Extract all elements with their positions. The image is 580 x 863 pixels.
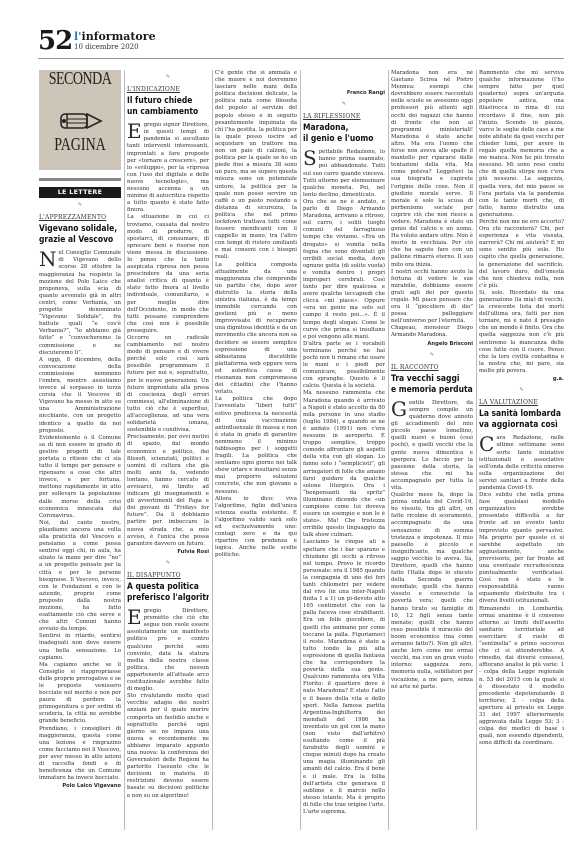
newspaper-brand: l'informatore <box>74 30 156 43</box>
article-headline: Il futuro chiedeun cambiamento <box>127 96 199 118</box>
article-headline: A questa politicapreferisco l'algoritmo <box>127 582 199 604</box>
column-separator <box>212 70 213 830</box>
article-indicazione: L'INDICAZIONE Il futuro chiedeun cambiam… <box>127 86 209 556</box>
article-paragraph: Maradona non era né Gaetano Scirea né Pi… <box>391 70 473 269</box>
article-headline: La sanità lombardava aggiornata così <box>479 409 554 431</box>
article-paragraph: Qualche mese fa, dopo la prima ondata de… <box>391 492 473 691</box>
article-paragraph: Ma nessuno rammenta che Maradona quando … <box>303 390 385 539</box>
masthead-rule <box>38 58 564 59</box>
article-paragraph: C'è gente che si ammala e che muore e no… <box>215 70 297 262</box>
pencil-icon <box>55 110 105 132</box>
article-kicker: IL DISAPPUNTO <box>127 572 209 579</box>
article-paragraph: La politica composta attualmente da una … <box>215 262 297 397</box>
column-separator <box>476 70 477 830</box>
ornament-icon: ✎ <box>391 352 473 359</box>
ornament-icon: ✎ <box>127 74 209 81</box>
article-racconto: IL RACCONTO Tra vecchi saggie memoria pe… <box>391 364 473 691</box>
page-number: 52 <box>38 26 72 56</box>
article-disappunto: IL DISAPPUNTO A questa politicapreferisc… <box>127 572 209 800</box>
dropcap: S <box>303 150 317 166</box>
article-kicker: LA RIFLESSIONE <box>303 113 385 120</box>
article-signature: Angelo Brisconi <box>391 341 473 348</box>
article-paragraph: Rammento che mi serviva qualche informaz… <box>479 70 564 219</box>
article-paragraph: La situazione in cui ci troviamo, causat… <box>127 214 209 335</box>
article-valutazione: LA VALUTAZIONE La sanità lombardava aggi… <box>479 399 564 747</box>
masthead: 52 l'informatore 10 dicembre 2020 <box>38 30 564 56</box>
article-paragraph: Noi, dal canto nostro, plaudiamo ancora … <box>39 520 121 634</box>
article-headline: Vigevano solidale,grazie al Vescovo <box>39 224 111 246</box>
section-label: LE LETTERE <box>39 187 121 198</box>
ornament-icon: ✎ <box>39 202 121 209</box>
article-signature: Polo Laico Vigevano <box>39 783 121 790</box>
article-paragraph: Prendiano, i consiglieri di maggioranza,… <box>39 726 121 783</box>
column-4: Franco Rangi ✎ LA RIFLESSIONE Maradona,i… <box>303 70 385 830</box>
article-paragraph: Sentirsi in ritardo, sentirsi inadeguati… <box>39 633 121 661</box>
article-paragraph: Rimanendo in Lombardia, ormai unanime è … <box>479 606 564 748</box>
article-paragraph: Perché non me ne ero accorto? Ora chi ra… <box>479 219 564 290</box>
article-paragraph: Occorre un radicale cambiamento nel nost… <box>127 335 209 434</box>
ornament-icon: ✎ <box>127 560 209 567</box>
article-paragraph: Chapeau, monsieur Diego Armando Maradona… <box>391 325 473 339</box>
dropcap: E <box>127 123 142 139</box>
section-title-top: SECONDA <box>39 75 121 84</box>
column-separator <box>124 70 125 830</box>
dropcap: E <box>127 609 142 625</box>
column-5: Maradona non era né Gaetano Scirea né Pi… <box>391 70 473 830</box>
article-headline: Tra vecchi saggie memoria perduta <box>391 374 463 396</box>
dropcap: C <box>479 436 494 452</box>
article-signature: g.a. <box>479 376 564 383</box>
article-kicker: IL RACCONTO <box>391 364 473 371</box>
article-paragraph: Dico subito che nella prima fase qualsia… <box>479 492 564 606</box>
column-2: ✎ L'INDICAZIONE Il futuro chiedeun cambi… <box>127 70 209 830</box>
column-separator <box>388 70 389 830</box>
article-paragraph: A oggi, 8 dicembre, della convocazione d… <box>39 357 121 435</box>
section-title-bottom: PAGINA <box>39 141 121 150</box>
article-apprezzamento: L'APPREZZAMENTO Vigevano solidale,grazie… <box>39 214 121 790</box>
article-paragraph: La politica che dopo l'avventato “liberi… <box>215 396 297 495</box>
publication-date: 10 dicembre 2020 <box>74 43 139 51</box>
column-separator <box>300 70 301 830</box>
article-paragraph: Ma capiamo anche se il Consiglio si riap… <box>39 662 121 726</box>
article-signature: Franco Rangi <box>303 90 385 97</box>
article-paragraph: D'altra parte se i vocaboli terminano pe… <box>303 341 385 391</box>
article-paragraph: I nostri occhi hanno avuto la fortuna di… <box>391 269 473 326</box>
section-divider <box>39 178 121 181</box>
article-paragraph: Lasciamo le cinque ali a spettare che i … <box>303 539 385 816</box>
dropcap: G <box>391 401 407 417</box>
ornament-icon: ✎ <box>479 387 564 394</box>
brand-apostrophe: l' <box>74 30 82 43</box>
article-paragraph: Ora che se ne è andato, e parlo di Diego… <box>303 199 385 341</box>
article-paragraph: Sto rivalutando molto quel vecchio adagi… <box>127 693 209 799</box>
article-kicker: L'APPREZZAMENTO <box>39 214 121 221</box>
ornament-icon: ✎ <box>303 101 385 108</box>
dropcap: N <box>39 251 57 267</box>
brand-name: informatore <box>82 30 156 43</box>
article-paragraph: Allora io dico: viva l'algoritmo, figlio… <box>215 496 297 560</box>
article-paragraph: Evidentemente o il Comune sa di non esse… <box>39 435 121 520</box>
section-logo: SECONDA PAGINA <box>39 70 121 170</box>
column-1: SECONDA PAGINA LE LETTERE ✎ L'APPREZZAME… <box>39 70 121 790</box>
article-riflessione: LA RIFLESSIONE Maradona,il genio e l'uom… <box>303 113 385 816</box>
article-paragraph: Si, solo. Ricordato da una generazione (… <box>479 290 564 375</box>
article-kicker: LA VALUTAZIONE <box>479 399 564 406</box>
column-3: C'è gente che si ammala e che muore e no… <box>215 70 297 830</box>
article-paragraph: Precisamente, per ovvi motivi di spazio,… <box>127 434 209 548</box>
column-6: Rammento che mi serviva qualche informaz… <box>479 70 564 830</box>
article-headline: Maradona,il genio e l'uomo <box>303 123 375 145</box>
article-kicker: L'INDICAZIONE <box>127 86 209 93</box>
article-signature: Fulvia Rosi <box>127 549 209 556</box>
